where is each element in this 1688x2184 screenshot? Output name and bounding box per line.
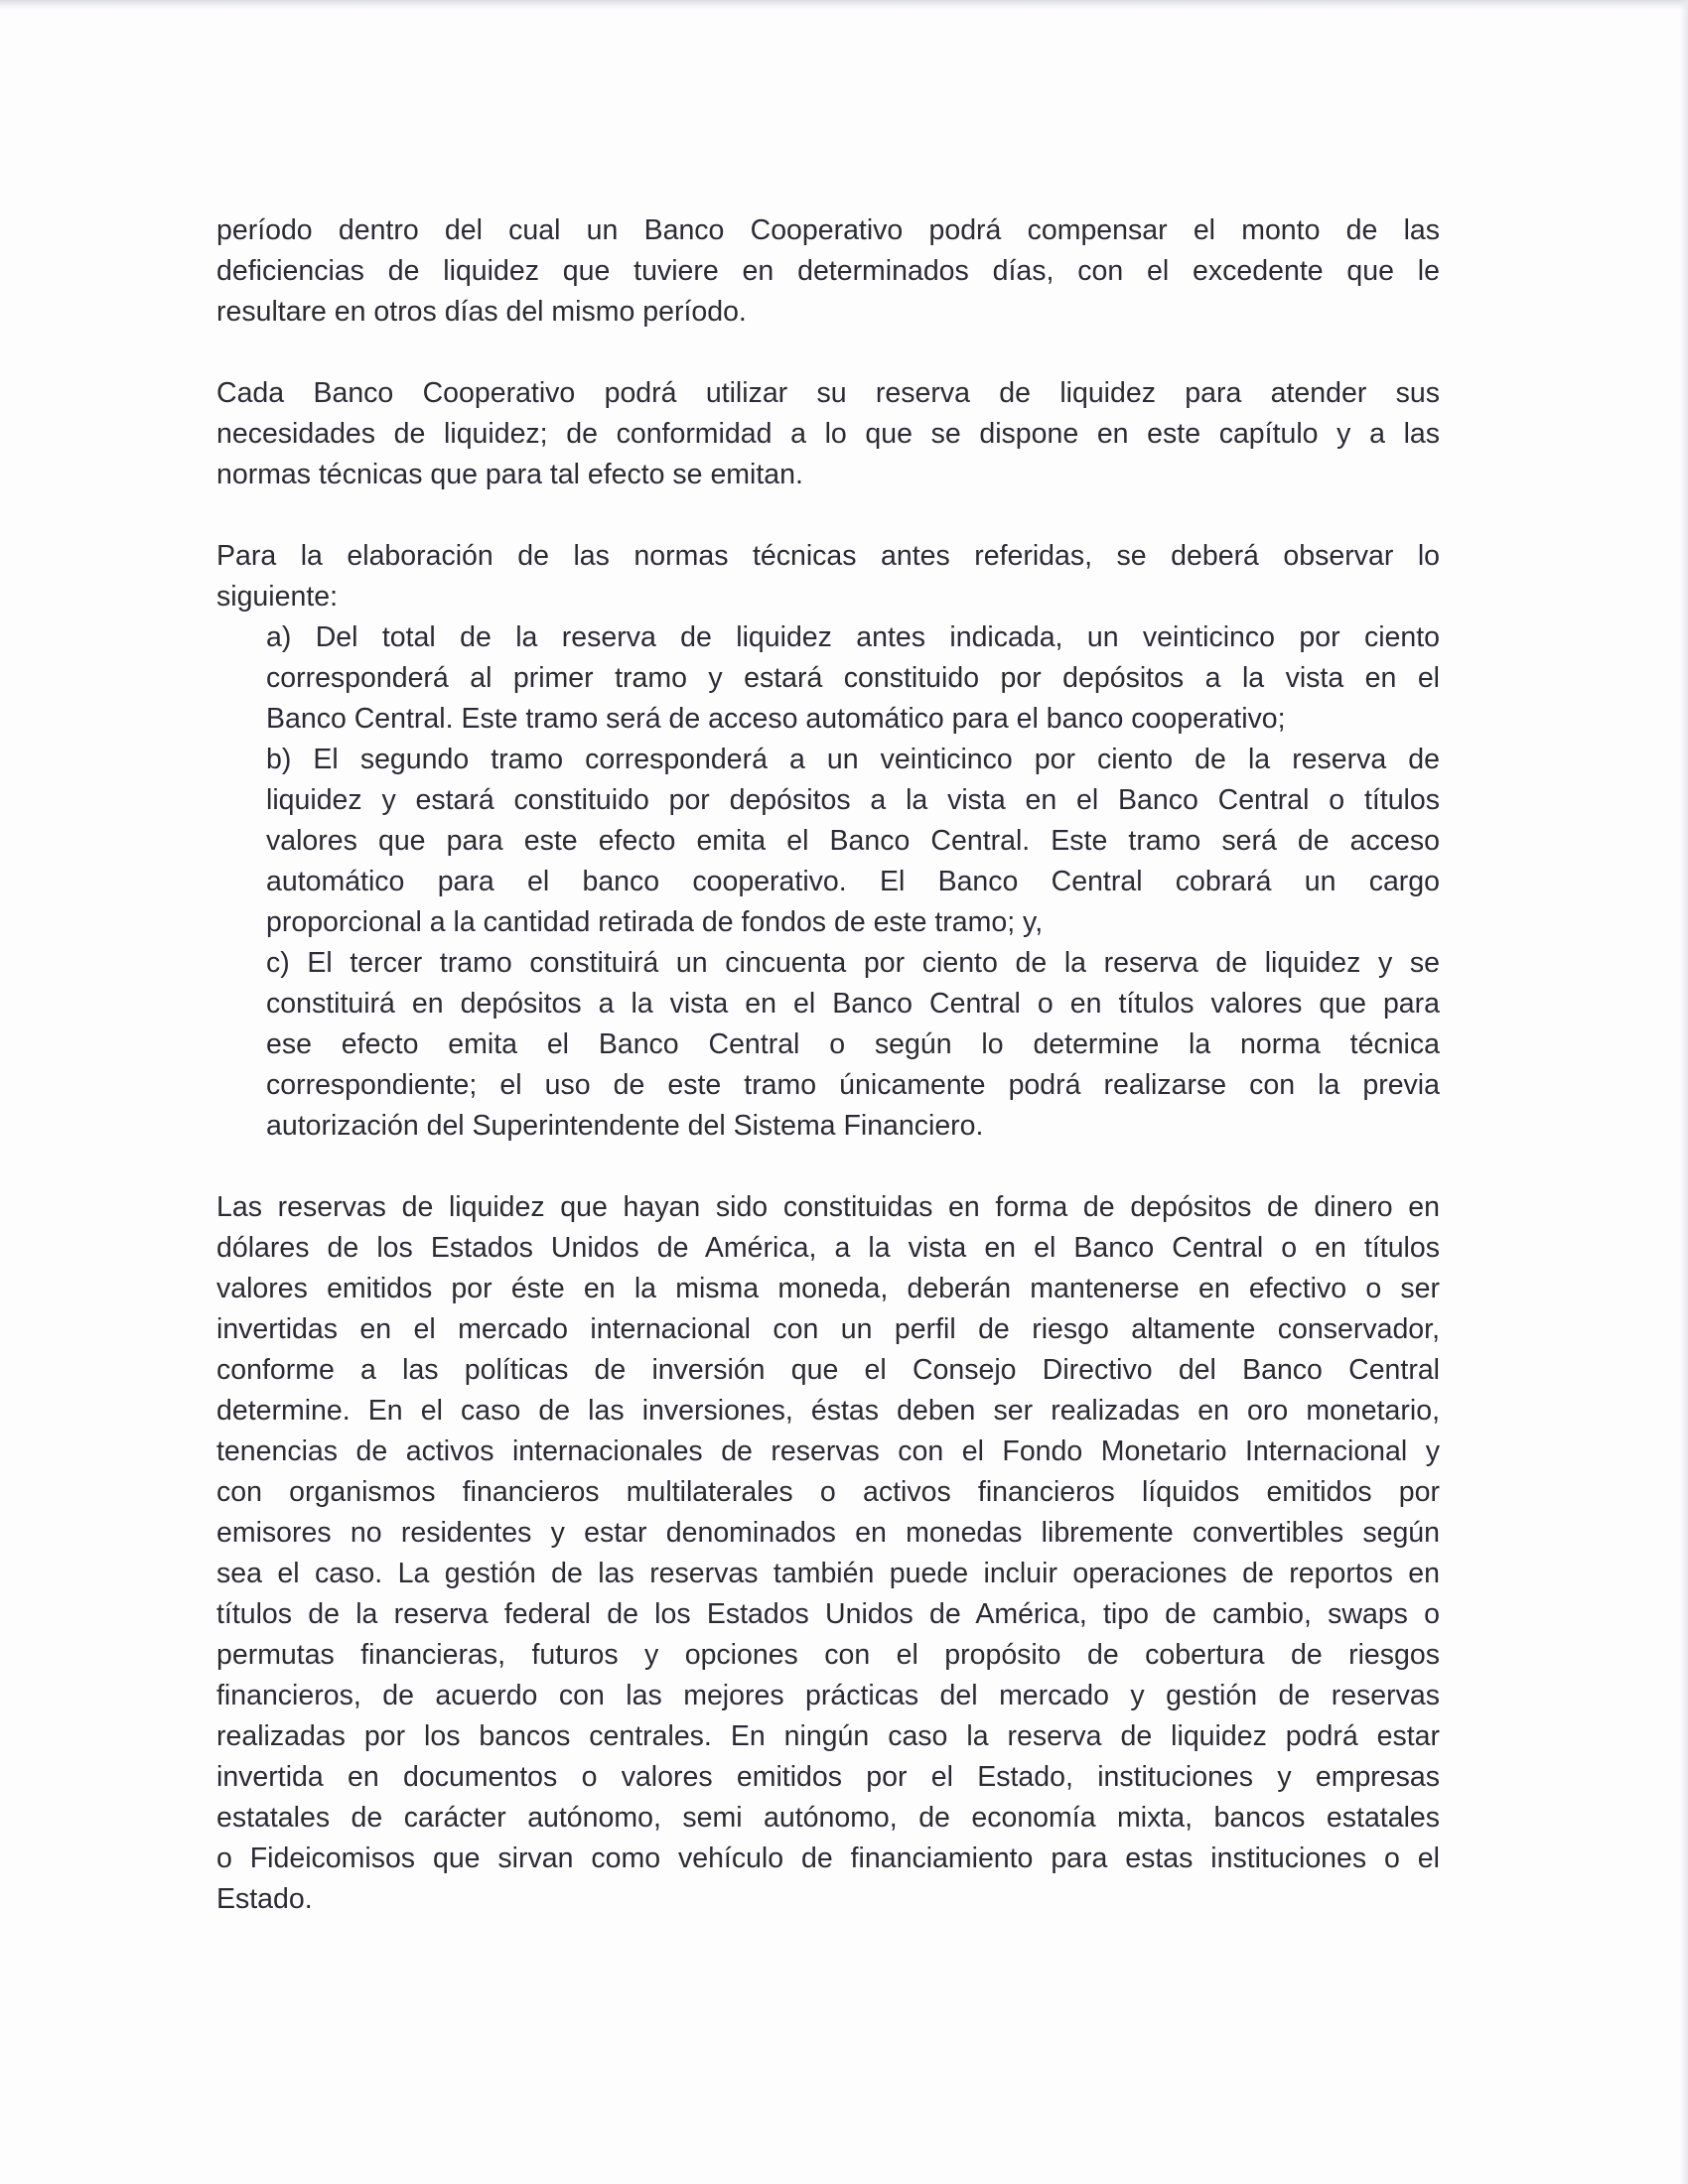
text-line: financieros, de acuerdo con las mejores … xyxy=(216,1676,1440,1716)
text-line: corresponderá al primer tramo y estará c… xyxy=(266,658,1440,699)
text-line: a) Del total de la reserva de liquidez a… xyxy=(266,617,1440,658)
text-line: dólares de los Estados Unidos de América… xyxy=(216,1228,1440,1269)
text-line: normas técnicas que para tal efecto se e… xyxy=(216,455,1440,495)
text-line: automático para el banco cooperativo. El… xyxy=(266,862,1440,902)
scan-top-edge xyxy=(0,0,1688,10)
text-line: período dentro del cual un Banco Coopera… xyxy=(216,210,1440,251)
text-line: valores que para este efecto emita el Ba… xyxy=(266,821,1440,862)
text-line: b) El segundo tramo corresponderá a un v… xyxy=(266,740,1440,780)
text-line: Las reservas de liquidez que hayan sido … xyxy=(216,1187,1440,1228)
text-line: Banco Central. Este tramo será de acceso… xyxy=(266,699,1440,740)
document-page: período dentro del cual un Banco Coopera… xyxy=(216,210,1440,1961)
scan-right-edge xyxy=(1680,0,1688,2184)
text-line: autorización del Superintendente del Sis… xyxy=(266,1106,1440,1147)
text-line: permutas financieras, futuros y opciones… xyxy=(216,1635,1440,1676)
text-line: correspondiente; el uso de este tramo ún… xyxy=(266,1065,1440,1106)
text-line: conforme a las políticas de inversión qu… xyxy=(216,1350,1440,1391)
text-line: invertidas en el mercado internacional c… xyxy=(216,1309,1440,1350)
text-line: tenencias de activos internacionales de … xyxy=(216,1432,1440,1472)
text-line: proporcional a la cantidad retirada de f… xyxy=(266,902,1440,943)
text-line: o Fideicomisos que sirvan como vehículo … xyxy=(216,1839,1440,1879)
text-line: con organismos financieros multilaterale… xyxy=(216,1472,1440,1513)
text-line: sea el caso. La gestión de las reservas … xyxy=(216,1554,1440,1594)
paragraph-compensation-period: período dentro del cual un Banco Coopera… xyxy=(216,210,1440,333)
list-item-first-tranche: a) Del total de la reserva de liquidez a… xyxy=(266,617,1440,740)
text-line: ese efecto emita el Banco Central o segú… xyxy=(266,1024,1440,1065)
text-line: c) El tercer tramo constituirá un cincue… xyxy=(266,943,1440,984)
text-line: valores emitidos por éste en la misma mo… xyxy=(216,1269,1440,1309)
text-line: siguiente: xyxy=(216,577,1440,617)
tranche-list: a) Del total de la reserva de liquidez a… xyxy=(216,617,1440,1147)
text-line: constituirá en depósitos a la vista en e… xyxy=(266,984,1440,1024)
text-line: estatales de carácter autónomo, semi aut… xyxy=(216,1798,1440,1839)
text-line: Para la elaboración de las normas técnic… xyxy=(216,536,1440,577)
list-item-second-tranche: b) El segundo tramo corresponderá a un v… xyxy=(266,740,1440,943)
text-line: Cada Banco Cooperativo podrá utilizar su… xyxy=(216,373,1440,414)
list-item-third-tranche: c) El tercer tramo constituirá un cincue… xyxy=(266,943,1440,1147)
text-line: determine. En el caso de las inversiones… xyxy=(216,1391,1440,1432)
text-line: deficiencias de liquidez que tuviere en … xyxy=(216,251,1440,292)
paragraph-reserve-investments: Las reservas de liquidez que hayan sido … xyxy=(216,1187,1440,1920)
text-line: emisores no residentes y estar denominad… xyxy=(216,1513,1440,1554)
text-line: resultare en otros días del mismo períod… xyxy=(216,292,1440,333)
paragraph-use-of-reserve: Cada Banco Cooperativo podrá utilizar su… xyxy=(216,373,1440,495)
text-line: invertida en documentos o valores emitid… xyxy=(216,1757,1440,1798)
text-line: realizadas por los bancos centrales. En … xyxy=(216,1716,1440,1757)
text-line: Estado. xyxy=(216,1879,1440,1920)
text-line: liquidez y estará constituido por depósi… xyxy=(266,780,1440,821)
text-line: necesidades de liquidez; de conformidad … xyxy=(216,414,1440,455)
text-line: títulos de la reserva federal de los Est… xyxy=(216,1594,1440,1635)
paragraph-technical-norms: Para la elaboración de las normas técnic… xyxy=(216,536,1440,1147)
